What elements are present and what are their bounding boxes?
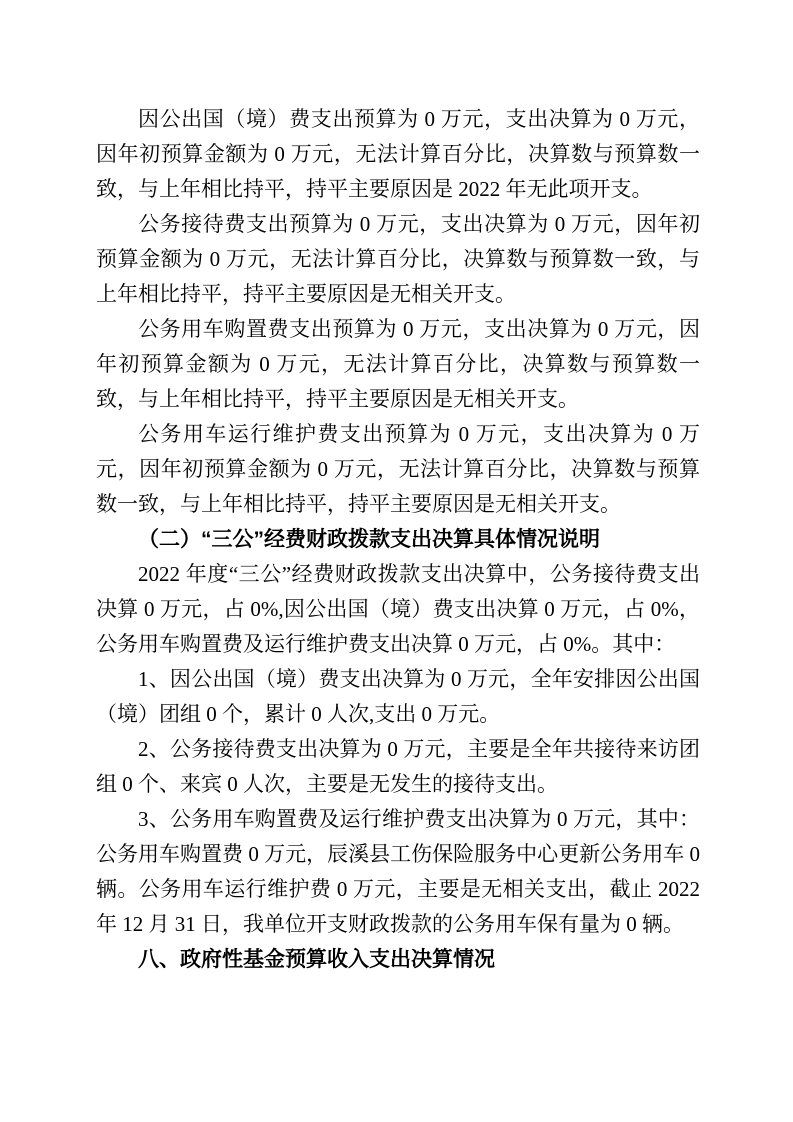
para-item-1-abroad: 1、因公出国（境）费支出决算为 0 万元，全年安排因公出国（境）团组 0 个，累… [96, 662, 700, 732]
para-2022-three-public-summary: 2022 年度“三公”经费财政拨款支出决算中，公务接待费支出决算 0 万元，占 … [96, 557, 700, 662]
para-vehicle-maintenance-expense: 公务用车运行维护费支出预算为 0 万元，支出决算为 0 万元，因年初预算金额为 … [96, 417, 700, 522]
para-item-2-reception: 2、公务接待费支出决算为 0 万元，主要是全年共接待来访团组 0 个、来宾 0 … [96, 732, 700, 802]
document-page: 因公出国（境）费支出预算为 0 万元，支出决算为 0 万元，因年初预算金额为 0… [0, 0, 793, 1122]
para-vehicle-purchase-expense: 公务用车购置费支出预算为 0 万元，支出决算为 0 万元，因年初预算金额为 0 … [96, 312, 700, 417]
para-item-3-vehicle: 3、公务用车购置费及运行维护费支出决算为 0 万元，其中：公务用车购置费 0 万… [96, 802, 700, 942]
para-abroad-expense: 因公出国（境）费支出预算为 0 万元，支出决算为 0 万元，因年初预算金额为 0… [96, 102, 700, 207]
heading-section-8-government-fund-budget: 八、政府性基金预算收入支出决算情况 [96, 942, 700, 977]
para-reception-expense: 公务接待费支出预算为 0 万元，支出决算为 0 万元，因年初预算金额为 0 万元… [96, 207, 700, 312]
heading-section-2-three-public-funds: （二）“三公”经费财政拨款支出决算具体情况说明 [96, 522, 700, 557]
